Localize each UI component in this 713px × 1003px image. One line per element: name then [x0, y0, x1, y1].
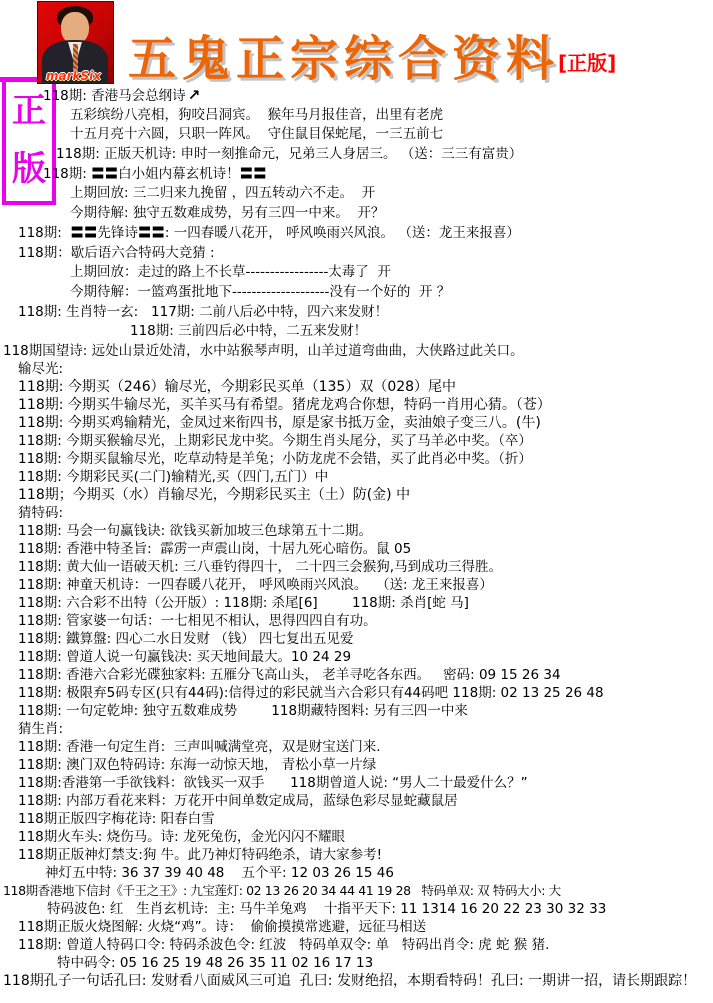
text-line: 118期: 今期买猴输尽光，上期彩民龙中奖。今期生肖头尾分，买了马羊必中奖。（卒… [0, 432, 713, 450]
text-line: 118期: 正版天机诗: 申时一刻推命元，兄弟三人身居三。 （送：三三有富贵） [0, 145, 713, 165]
photo-tie [73, 44, 78, 70]
page-title: 五鬼正宗综合资料 [128, 20, 560, 89]
text-line: 118期: 管家婆一句话：一七相见不相认，思得四四自有功。 [0, 612, 713, 630]
text-line: 输尽光: [0, 360, 713, 378]
text-line: 上期回放：走过的路上不长草-----------------太毒了 开 [0, 263, 713, 283]
text-line: 118期: 曾道人说一句赢钱决: 买天地间最大。10 24 29 [0, 648, 713, 666]
text-line: 118期: 香港中特圣旨: 霹雳一声震山岗，十居九死心暗伤。鼠 05 [0, 540, 713, 558]
text-line: 118期: 香港六合彩光碟独家料: 五雁分飞高山头， 老羊寻吃各东西。 密码: … [0, 666, 713, 684]
text-line: 118期: 曾道人特码口令: 特码杀波色令: 红波 特码单双令: 单 特码出肖令… [0, 936, 713, 954]
text-line: 上期回放: 三二归来九挽留 ，四五转动六不走。 开 [0, 184, 713, 204]
publisher-photo: markSix [37, 1, 114, 84]
text-line: 118期: 一句定乾坤: 独守五数难成势 118期藏特图料: 另有三四一中来 [0, 702, 713, 720]
photo-caption: markSix [46, 69, 101, 83]
text-line: 猜生肖: [0, 720, 713, 738]
text-line: 118期: 生肖特一玄: 117期: 二前八后必中特，四六来发财！ [0, 303, 713, 323]
text-line: 118期孔子一句话孔曰: 发财看八面威风三可追 孔曰: 发财绝招，本期看特码！孔… [0, 972, 713, 990]
text-line: 118期: 内部万看花来料：万花开中间单数定成局，蓝绿色彩尽显蛇藏鼠居 [0, 792, 713, 810]
text-line: 118期香港地下信封《千王之王》: 九宝莲灯: 02 13 26 20 34 4… [0, 882, 713, 900]
text-line: 118期火车头: 烧伤马。诗: 龙死兔伤，金光闪闪不耀眼 [0, 828, 713, 846]
text-line: 118期: 〓〓先锋诗〓〓: 一四春暖八花开， 呼风唤雨兴风浪。 （送：龙王来报… [0, 224, 713, 244]
content-lines: 118期: 香港马会总纲诗↗五彩缤纷八亮相，狗咬吕洞宾。 猴年马月报佳音，出里有… [0, 86, 713, 990]
text-line: 神灯五中特: 36 37 39 40 48 五个平: 12 03 26 15 4… [0, 864, 713, 882]
text-line: 118期: 〓〓白小姐内幕玄机诗！〓〓 [0, 165, 713, 185]
text-line: 118期: 澳门双色特码诗: 东海一动惊天地， 青松小草一片绿 [0, 756, 713, 774]
text-line: 猜特码: [0, 504, 713, 522]
edition-tag: [正版] [558, 47, 616, 76]
text-line: 118期正版火烧图解: 火烧“鸡”。诗： 偷偷摸摸常逃避，远征马相送 [0, 918, 713, 936]
text-line: 118期: 今期买鸡输精光，金凤过来衔四书，原是家书抵万金，卖油娘子变三八。(牛… [0, 414, 713, 432]
text-line: 118期正版四字梅花诗: 阳春白雪 [0, 810, 713, 828]
text-line: 十五月亮十六圆，只职一阵风。 守住鼠目保蛇尾，一三五前七 [0, 125, 713, 145]
text-line: 118期: 三前四后必中特，二五来发财！ [0, 322, 713, 342]
text-line: 118期: 极限弃5码专区(只有44码):信得过的彩民就当六合彩只有44码吧 1… [0, 684, 713, 702]
text-line: 今期待解: 独守五数难成势，另有三四一中来。 开？ [0, 204, 713, 224]
text-line: 特码波色: 红 生肖玄机诗: 主: 马牛羊兔鸡 十指平天下: 11 1314 1… [0, 900, 713, 918]
text-line: 118期: 香港马会总纲诗↗ [0, 86, 713, 106]
text-line: 118期: 香港一句定生肖: 三声叫喊满堂亮，双是财宝送门来. [0, 738, 713, 756]
text-line: 118期: 鐵算盤: 四心二水日发财 （钱） 四七复出五见爱 [0, 630, 713, 648]
text-line: 118期: 今期彩民买(二门)输精光,买（四门,五门）中 [0, 468, 713, 486]
text-line: 今期待解：一篮鸡蛋批地下--------------------没有一个好的 开… [0, 283, 713, 303]
text-line: 118期正版神灯禁支:狗 牛。此乃神灯特码绝杀，请大家参考! [0, 846, 713, 864]
text-line: 118期: 神童天机诗：一四春暖八花开， 呼风唤雨兴风浪。 （送: 龙王来报喜） [0, 576, 713, 594]
cursor-arrow-icon: ↗ [188, 86, 201, 104]
text-line: 118期: 今期买鼠输尽光，吃草动特是羊兔；小防龙虎不会错，买了此肖必中奖。（折… [0, 450, 713, 468]
text-line: 118期:香港第一手欲钱料：欲钱买一双手 118期曾道人说: “男人二十最爱什么… [0, 774, 713, 792]
text-line: 118期国望诗: 远处山景近处清，水中站猴琴声明，山羊过道弯曲曲，大侠路过此关口… [0, 342, 713, 360]
text-line: 五彩缤纷八亮相，狗咬吕洞宾。 猴年马月报佳音，出里有老虎 [0, 106, 713, 126]
text-line: 118期: 马会一句赢钱诀: 欲钱买新加坡三色球第五十二期。 [0, 522, 713, 540]
text-line-text: 118期: 香港马会总纲诗 [43, 88, 186, 104]
text-line: 118期: 六合彩不出特（公开版）: 118期: 杀尾[6] 118期: 杀肖[… [0, 594, 713, 612]
text-line: 118期: 今期买（246）输尽光，今期彩民买单（135）双（028）尾中 [0, 378, 713, 396]
text-line: 118期：歇后语六合特码大竞猜 : [0, 244, 713, 264]
text-line: 118期: 今期买牛输尽光，买羊买马有希望。猪虎龙鸡合你想，特码一肖用心猜。（苍… [0, 396, 713, 414]
text-line: 118期: 黄大仙一语破天机: 三八垂钓得四十， 二十四三会猴狗,马到成功三得胜… [0, 558, 713, 576]
text-line: 特中码令: 05 16 25 19 48 26 35 11 02 16 17 1… [0, 954, 713, 972]
text-line: 118期；今期买（水）肖输尽光，今期彩民买主（土）防(金) 中 [0, 486, 713, 504]
